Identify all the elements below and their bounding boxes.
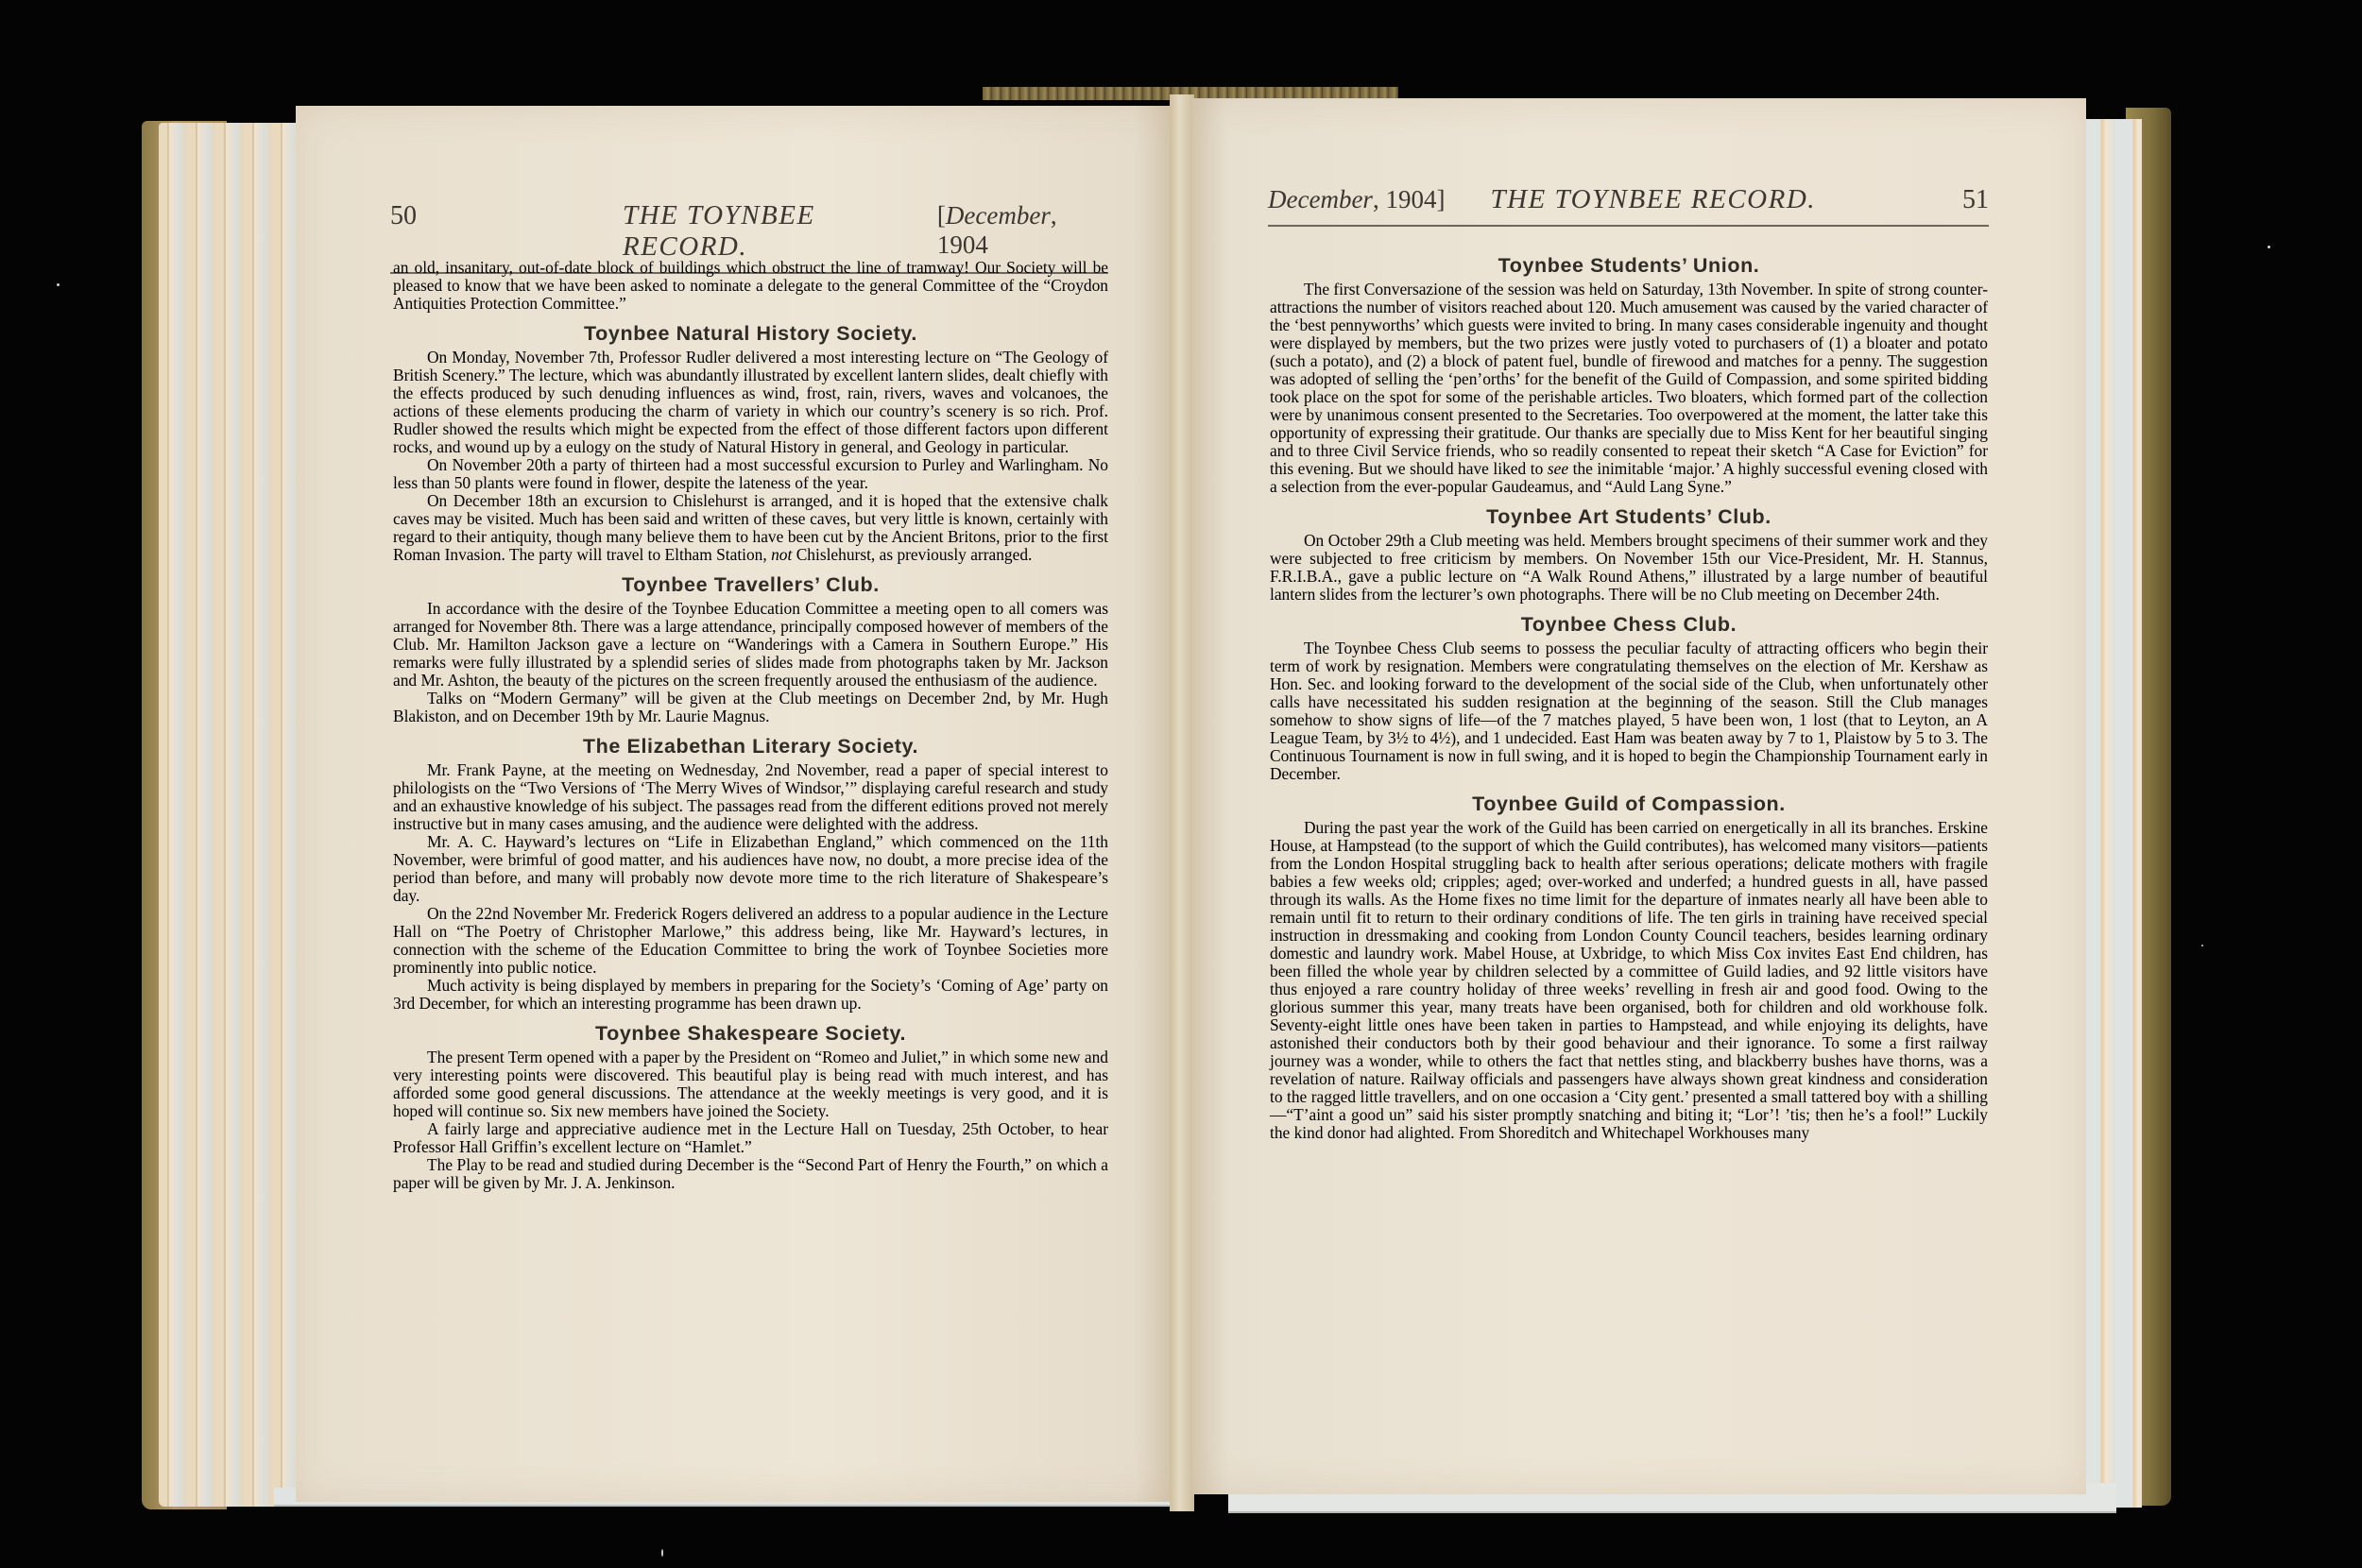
paragraph: The Toynbee Chess Club seems to possess …	[1270, 639, 1988, 783]
paragraph: Mr. A. C. Hayward’s lectures on “Life in…	[393, 833, 1108, 905]
right-page-body: Toynbee Students’ Union. The first Conve…	[1270, 253, 1988, 1142]
page-number: 51	[1962, 185, 1989, 215]
dust-speck	[2201, 945, 2203, 946]
paragraph: In accordance with the desire of the Toy…	[393, 600, 1108, 690]
journal-title: THE TOYNBEE RECORD.	[1490, 184, 1816, 215]
paragraph: On the 22nd November Mr. Frederick Roger…	[393, 905, 1108, 977]
section-heading: Toynbee Students’ Union.	[1270, 257, 1988, 275]
paragraph: During the past year the work of the Gui…	[1270, 819, 1988, 1142]
paragraph: The Play to be read and studied during D…	[393, 1156, 1108, 1192]
book-gutter	[1170, 94, 1194, 1511]
section-heading: Toynbee Travellers’ Club.	[393, 576, 1108, 594]
text-run: The first Conversazione of the session w…	[1270, 280, 1988, 478]
section-heading: Toynbee Natural History Society.	[393, 325, 1108, 343]
issue-month: December	[1268, 185, 1373, 213]
opening-paragraph: an old, insanitary, out-of-date block of…	[393, 259, 1108, 313]
paragraph: Much activity is being displayed by memb…	[393, 977, 1108, 1013]
paragraph: Talks on “Modern Germany” will be given …	[393, 690, 1108, 725]
italic-emphasis: not	[771, 545, 792, 564]
right-running-head: December, 1904] THE TOYNBEE RECORD. 51	[1268, 184, 1989, 227]
section-heading: Toynbee Chess Club.	[1270, 616, 1988, 634]
dust-speck	[57, 283, 60, 286]
issue-date: [December, 1904	[937, 201, 1108, 260]
paragraph: The present Term opened with a paper by …	[393, 1048, 1108, 1120]
section-heading: The Elizabethan Literary Society.	[393, 738, 1108, 756]
bracket: [	[937, 201, 946, 230]
section-heading: Toynbee Art Students’ Club.	[1270, 508, 1988, 526]
issue-year: , 1904]	[1373, 185, 1446, 213]
dust-speck	[2268, 246, 2270, 248]
text-run: Chislehurst, as previously arranged.	[796, 545, 1033, 564]
paragraph: On Monday, November 7th, Professor Rudle…	[393, 349, 1108, 456]
paragraph: A fairly large and appreciative audience…	[393, 1120, 1108, 1156]
section-heading: Toynbee Guild of Compassion.	[1270, 795, 1988, 813]
paragraph: On December 18th an excursion to Chisleh…	[393, 492, 1108, 564]
paragraph: On November 20th a party of thirteen had…	[393, 456, 1108, 492]
paragraph: On October 29th a Club meeting was held.…	[1270, 532, 1988, 604]
dust-speck	[661, 1549, 663, 1557]
issue-date: December, 1904]	[1268, 185, 1445, 214]
journal-title: THE TOYNBEE RECORD.	[623, 200, 937, 263]
page-stack-right	[2083, 119, 2142, 1508]
left-page-body: an old, insanitary, out-of-date block of…	[393, 259, 1108, 1192]
page-stack-left	[159, 123, 300, 1507]
paragraph: Mr. Frank Payne, at the meeting on Wedne…	[393, 761, 1108, 833]
page-number: 50	[390, 201, 417, 231]
italic-emphasis: see	[1548, 459, 1568, 478]
issue-month: December	[946, 201, 1051, 230]
paragraph: The first Conversazione of the session w…	[1270, 281, 1988, 496]
section-heading: Toynbee Shakespeare Society.	[393, 1025, 1108, 1043]
